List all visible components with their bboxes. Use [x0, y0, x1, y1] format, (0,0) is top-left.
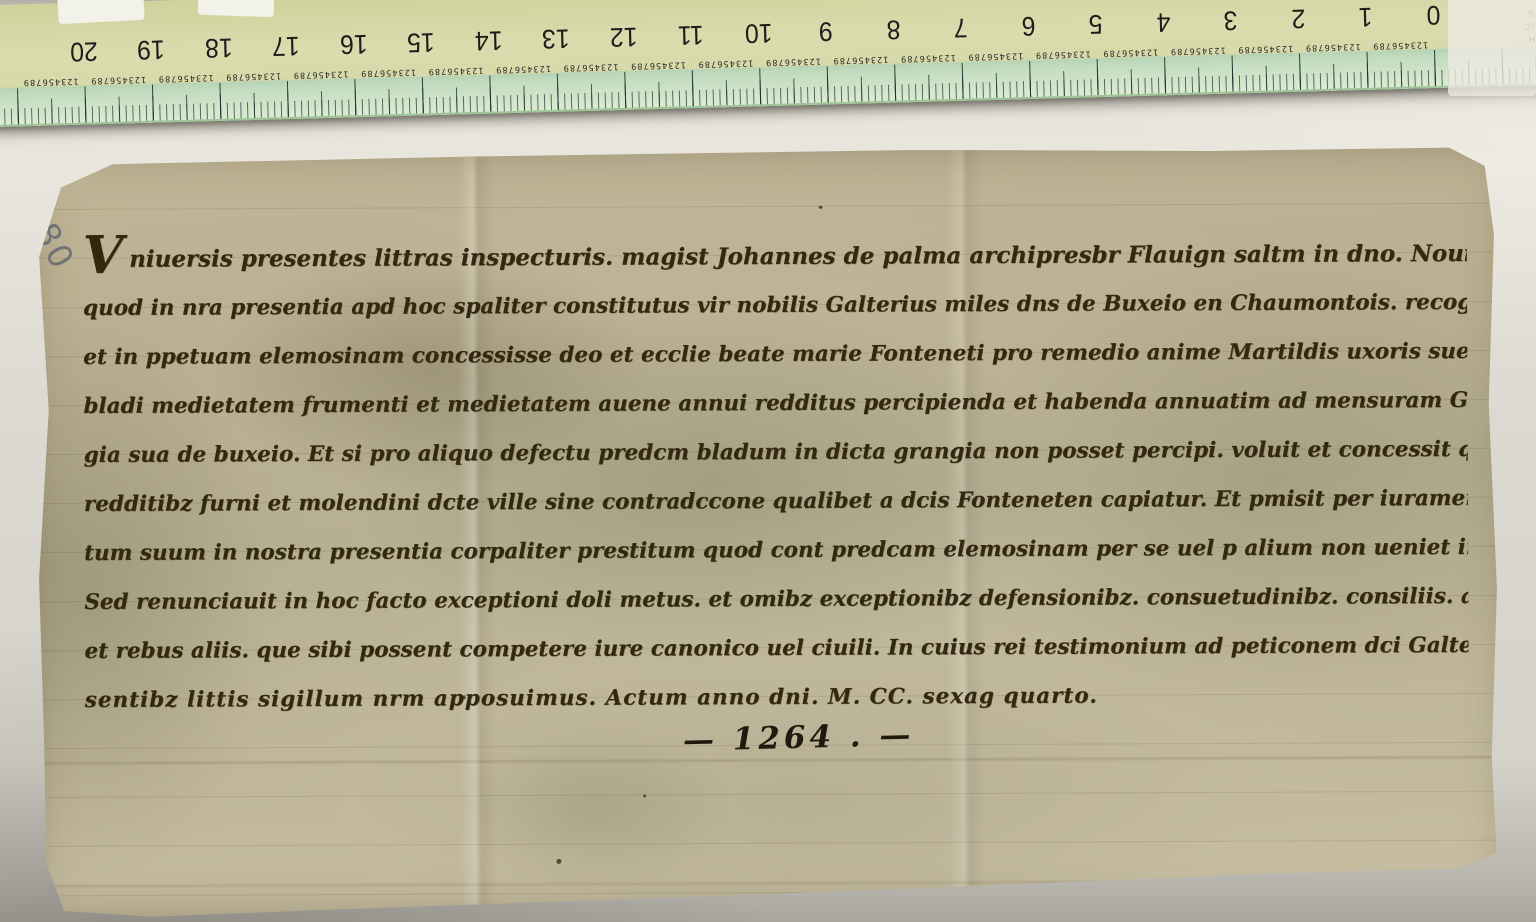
ruler-subdivision-digits: 123456789: [23, 76, 79, 88]
illuminated-initial: V: [83, 229, 124, 284]
date-annotation: — 1264 . —: [683, 717, 915, 759]
ruler-subdivision-digits: 123456789: [360, 67, 416, 79]
ruler-subdivision-digits: 123456789: [90, 74, 146, 86]
ruler-subdivision-digits: 123456789: [1102, 47, 1158, 59]
ruler-cm-number: 1: [1359, 1, 1374, 32]
ruler-subdivision-digits: 123456789: [562, 61, 618, 73]
ruler-subdivision-digits: 123456789: [832, 54, 888, 66]
ruler-subdivision-digits: 123456789: [1170, 45, 1226, 57]
ruler-cm-number: 8: [886, 13, 901, 44]
ruler-cm-number: 2: [1291, 3, 1306, 34]
ruler-cm-number: 12: [609, 21, 637, 53]
charter-line-3: et in ppetuam elemosinam concessisse deo…: [83, 327, 1467, 382]
charter-line-2: quod in nra presentia apd hoc spaliter c…: [83, 278, 1467, 333]
ruler-cm-number: 4: [1156, 6, 1171, 37]
ruler-cm-number: 0: [1426, 0, 1441, 30]
charter-lines: Vniuersis presentes littras inspecturis.…: [83, 229, 1469, 725]
ruler-cm-number: 13: [542, 22, 570, 54]
ruler-subdivision-digits: 123456789: [1237, 43, 1293, 55]
ruler-subdivision-digits: 123456789: [225, 70, 281, 82]
charter-line-4: bladi medietatem frumenti et medietatem …: [83, 376, 1467, 431]
charter-line-1: Vniuersis presentes littras inspecturis.…: [83, 229, 1467, 284]
photo-scene: 1234567891234567891234567891234567891234…: [0, 0, 1536, 922]
ruler-subdivision-digits: 123456789: [427, 65, 483, 77]
ruler: 1234567891234567891234567891234567891234…: [0, 0, 1536, 127]
ruler-subdivision-digits: 123456789: [967, 50, 1023, 62]
ruler-subdivision-digits: 123456789: [158, 72, 214, 84]
charter-line-8: Sed renunciauit in hoc facto exceptioni …: [84, 572, 1468, 627]
charter-line-9: et rebus aliis. que sibi possent compete…: [84, 621, 1468, 676]
ruler-cm-number: 3: [1224, 4, 1239, 35]
ruler-subdivision-digits: 123456789: [292, 68, 348, 80]
ruler-cm-number: 10: [744, 17, 772, 49]
ink-speck: [643, 795, 646, 798]
ruler-subdivision-digits: 123456789: [1372, 39, 1428, 51]
charter-line-7: tum suum in nostra presentia corpaliter …: [84, 523, 1468, 578]
ruler-subdivision-digits: 123456789: [630, 59, 686, 71]
pencil-archival-number: 80: [26, 216, 83, 277]
ruler-cm-number: 19: [137, 33, 165, 65]
ruler-cm-number: 15: [407, 26, 435, 58]
ruler-subdivision-digits: 123456789: [900, 52, 956, 64]
ink-speck: [556, 859, 561, 864]
paper-scrap: [198, 0, 275, 17]
ruler-scale: 1234567891234567891234567891234567891234…: [0, 0, 1536, 127]
parchment-charter: 80 Vniuersis presentes littras inspectur…: [28, 143, 1511, 917]
paper-scrap: [1448, 0, 1536, 96]
ink-speck: [819, 206, 823, 209]
ruler-cm-number: 16: [340, 28, 368, 60]
ruler-subdivision-digits: 123456789: [697, 57, 753, 69]
ruler-cm-number: 7: [954, 12, 969, 43]
charter-line-10: sentibz littis sigillum nrm apposuimus. …: [85, 670, 1469, 725]
ruler-cm-number: 11: [678, 19, 705, 51]
ruler-cm-number: 20: [70, 35, 98, 67]
ruler-cm-number: 18: [205, 32, 233, 64]
ruler-cm-number: 5: [1089, 8, 1104, 39]
ruler-subdivision-digits: 123456789: [1035, 48, 1091, 60]
ruler-cm-number: 9: [819, 15, 834, 46]
ruler-subdivision-digits: 123456789: [1305, 41, 1361, 53]
ruler-cm-number: 14: [475, 24, 503, 56]
charter-line-5: gia sua de buxeio. Et si pro aliquo defe…: [84, 425, 1468, 480]
ruler-subdivision-digits: 123456789: [765, 56, 821, 68]
charter-line-6: redditibz furni et molendini dcte ville …: [84, 474, 1468, 529]
ruler-cm-number: 17: [272, 30, 300, 62]
ruler-cm-number: 6: [1021, 10, 1036, 41]
ruler-subdivision-digits: 123456789: [495, 63, 551, 75]
